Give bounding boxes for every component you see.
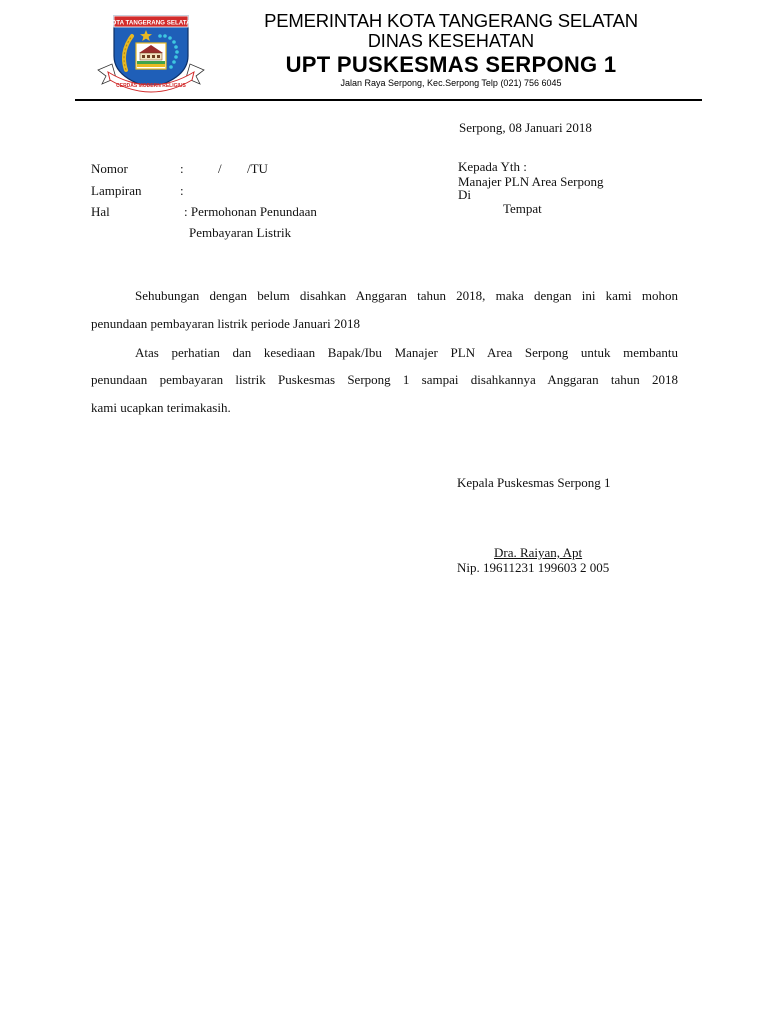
recipient-salutation: Kepada Yth : <box>458 159 527 175</box>
lampiran-label: Lampiran <box>91 183 142 199</box>
body-line: penundaan pembayaran listrik periode Jan… <box>91 316 678 332</box>
city-emblem-icon: KOTA TANGERANG SELATAN CERDAS MODERN REL… <box>96 12 206 94</box>
lampiran-colon: : <box>180 183 184 199</box>
nomor-colon: : <box>180 161 184 177</box>
letter-date: Serpong, 08 Januari 2018 <box>459 120 592 136</box>
letterhead-government: PEMERINTAH KOTA TANGERANG SELATAN <box>236 10 666 32</box>
signature-title: Kepala Puskesmas Serpong 1 <box>457 475 610 491</box>
recipient-di: Di <box>458 187 471 203</box>
body-line: kami ucapkan terimakasih. <box>91 400 678 416</box>
nomor-label: Nomor <box>91 161 128 177</box>
body-line: penundaan pembayaran listrik Puskesmas S… <box>91 372 678 388</box>
svg-text:CERDAS MODERN RELIGIUS: CERDAS MODERN RELIGIUS <box>116 83 186 89</box>
recipient-name: Manajer PLN Area Serpong <box>458 174 604 190</box>
letterhead-address: Jalan Raya Serpong, Kec.Serpong Telp (02… <box>236 78 666 88</box>
hal-label: Hal <box>91 204 110 220</box>
body-line: Sehubungan dengan belum disahkan Anggara… <box>91 288 678 304</box>
letterhead-divider <box>75 99 702 101</box>
nomor-value-slash: / <box>218 161 222 177</box>
body-line: Atas perhatian dan kesediaan Bapak/Ibu M… <box>91 345 678 361</box>
letter-page: KOTA TANGERANG SELATAN CERDAS MODERN REL… <box>0 0 768 1024</box>
svg-text:KOTA TANGERANG SELATAN: KOTA TANGERANG SELATAN <box>107 20 196 27</box>
signature-name: Dra. Raiyan, Apt <box>494 545 582 561</box>
letterhead-department: DINAS KESEHATAN <box>236 31 666 52</box>
letterhead-institution: UPT PUSKESMAS SERPONG 1 <box>236 52 666 78</box>
hal-value-line2: Pembayaran Listrik <box>189 225 291 241</box>
signature-nip: Nip. 19611231 199603 2 005 <box>457 560 609 576</box>
recipient-place: Tempat <box>503 201 542 217</box>
nomor-value-suffix: /TU <box>247 161 268 177</box>
hal-value-line1: : Permohonan Penundaan <box>184 204 317 220</box>
